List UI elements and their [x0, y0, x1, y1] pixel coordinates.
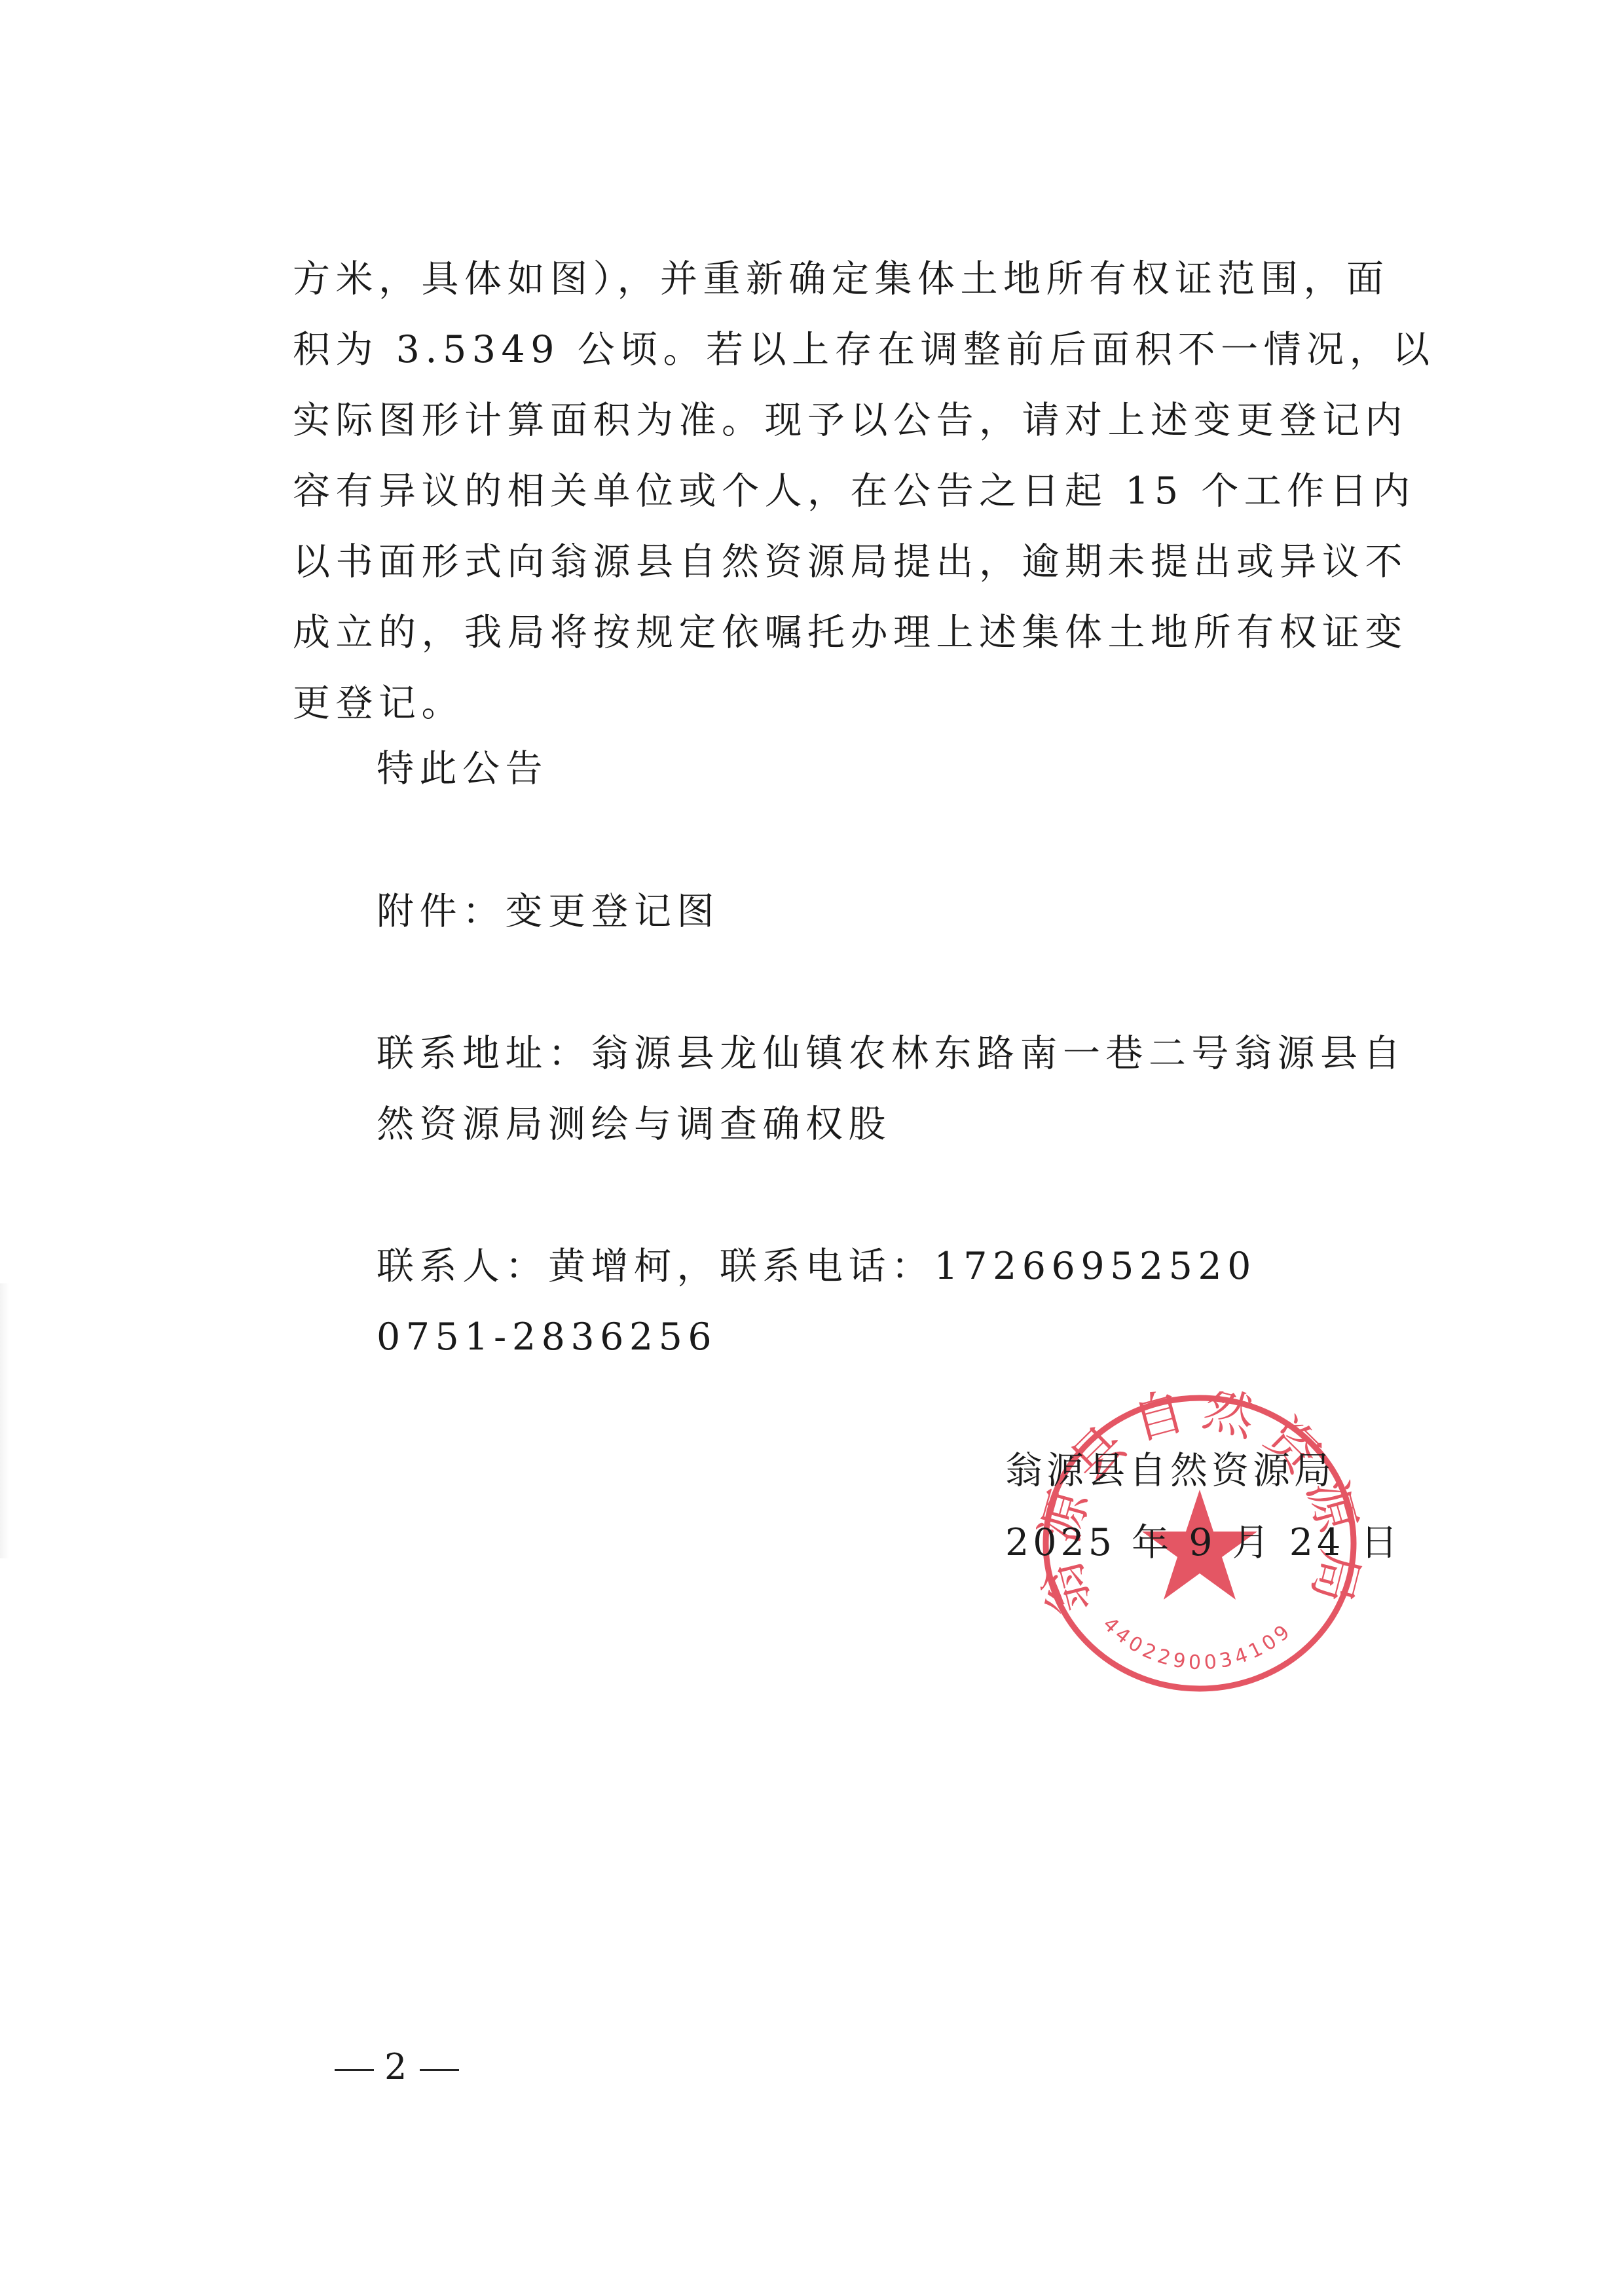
contact-phone-line: 0751-2836256: [377, 1302, 1257, 1372]
attachment-note: 附件：变更登记图: [377, 876, 720, 947]
contact-info: 联系人：黄增柯，联系电话：17266952520 0751-2836256: [377, 1231, 1257, 1372]
seal-serial: 4402290034109: [1098, 1613, 1297, 1674]
body-line: 实际图形计算面积为准。现予以公告，请对上述变更登记内: [293, 385, 1373, 456]
page-dash-left: [335, 2069, 374, 2071]
address-line: 联系地址：翁源县龙仙镇农林东路南一巷二号翁源县自: [377, 1018, 1406, 1089]
body-line: 更登记。: [293, 668, 1373, 739]
contact-address: 联系地址：翁源县龙仙镇农林东路南一巷二号翁源县自 然资源局测绘与调查确权股: [377, 1018, 1406, 1160]
scan-edge-shadow: [0, 1283, 9, 1558]
body-paragraph: 方米，具体如图），并重新确定集体土地所有权证范围，面 积为 3.5349 公顷。…: [293, 244, 1373, 739]
address-line: 然资源局测绘与调查确权股: [377, 1089, 1406, 1160]
page-number: 2: [324, 2046, 470, 2087]
body-line: 容有异议的相关单位或个人，在公告之日起 15 个工作日内: [293, 456, 1373, 526]
body-line: 方米，具体如图），并重新确定集体土地所有权证范围，面: [293, 244, 1373, 314]
page-dash-right: [420, 2069, 459, 2071]
signature-organization: 翁源县自然资源局: [1005, 1441, 1335, 1494]
contact-person-line: 联系人：黄增柯，联系电话：17266952520: [377, 1231, 1257, 1302]
closing-statement: 特此公告: [377, 733, 548, 804]
body-line: 以书面形式向翁源县自然资源局提出，逾期未提出或异议不: [293, 526, 1373, 597]
page-number-value: 2: [384, 2046, 409, 2087]
signature-date: 2025 年 9 月 24 日: [1005, 1513, 1401, 1566]
body-line: 成立的，我局将按规定依嘱托办理上述集体土地所有权证变: [293, 597, 1373, 668]
svg-text:4402290034109: 4402290034109: [1098, 1613, 1297, 1674]
body-line: 积为 3.5349 公顷。若以上存在调整前后面积不一情况，以: [293, 314, 1373, 385]
document-page: 方米，具体如图），并重新确定集体土地所有权证范围，面 积为 3.5349 公顷。…: [0, 0, 1624, 2295]
